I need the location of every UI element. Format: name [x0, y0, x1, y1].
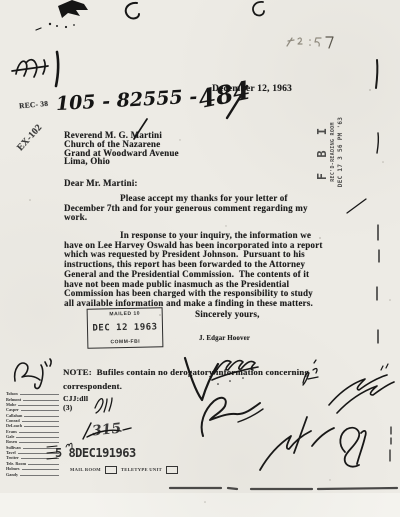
closing-line: Sincerely yours,: [195, 309, 260, 319]
fbi-stamp-date-line: DEC 17 3 56 PM '63: [337, 117, 344, 187]
scanned-letter-page: December 12, 1963 REC- 38 105 - 82555 - …: [0, 0, 400, 517]
signature-scrawl-4: [260, 417, 334, 470]
staff-leader-line: [19, 442, 59, 443]
fbi-staff-routing-list: Tolson Belmont Mohr Casper Callahan Conr…: [6, 391, 60, 477]
staff-leader-line: [20, 475, 59, 476]
staff-name: Callahan: [6, 413, 22, 418]
staff-leader-line: [23, 448, 59, 449]
handwritten-file-number: 105 - 82555 - 484: [55, 83, 252, 122]
staff-name: Evans: [6, 429, 17, 434]
mail-room-routing-line: MAIL ROOM TELETYPE UNIT: [70, 466, 178, 474]
handwritten-315: 315: [91, 421, 122, 440]
mailed-stamp-date: DEC 12 1963: [92, 322, 157, 333]
rec-number-stamp: REC- 38: [19, 99, 49, 111]
staff-name: Holmes: [6, 466, 20, 471]
staff-name: Sullivan: [6, 445, 21, 450]
staff-leader-line: [21, 458, 59, 459]
recipient-address: Reverend M. G. Martini Church of the Naz…: [64, 131, 179, 166]
fbi-stamp-title: F B I: [315, 124, 329, 180]
staff-name: Rosen: [6, 439, 17, 444]
mailed-date-stamp: MAILED 10 DEC 12 1963 COMM-FBI: [87, 307, 164, 349]
copy-count: (3): [63, 403, 72, 412]
staff-leader-line: [19, 432, 59, 433]
date-received-stamp: 5 8DEC191963: [55, 446, 136, 460]
salutation: Dear Mr. Martini:: [64, 178, 138, 188]
lep-scrawl: [15, 359, 52, 388]
staff-name: DeLoach: [6, 423, 22, 428]
crossed-initials-scrawl: [12, 60, 48, 77]
staff-name: Trotter: [6, 455, 19, 460]
staff-leader-line: [28, 464, 59, 465]
note-text: NOTE: Bufiles contain no derogatory info…: [63, 366, 383, 393]
signature-scrawl-5: [340, 428, 365, 467]
staff-name: Mohr: [6, 402, 16, 407]
staff-leader-line: [18, 453, 59, 454]
scan-artifact-line: [170, 488, 397, 489]
teletype-unit-label: TELETYPE UNIT: [121, 467, 162, 472]
staff-leader-line: [22, 421, 59, 422]
fbi-stamp-recd-line: REC'D-READING ROOM: [330, 122, 336, 182]
staff-leader-line: [23, 400, 59, 401]
faint-pencil-marks: [287, 37, 333, 48]
staff-leader-line: [22, 469, 60, 470]
mailed-stamp-header: MAILED 10: [109, 311, 140, 318]
staff-leader-line: [24, 416, 59, 417]
file-number-main: 105 - 82555 -: [55, 86, 197, 115]
staff-name: Casper: [6, 407, 19, 412]
staff-name: Belmont: [6, 397, 21, 402]
staff-leader-line: [16, 437, 59, 438]
dll-handwriting: [95, 398, 112, 413]
mailed-stamp-footer: COMM-FBI: [110, 339, 140, 346]
pen-c-mark-left: [126, 3, 139, 19]
staff-name: Tavel: [6, 450, 16, 455]
scan-bottom-margin: [0, 493, 400, 517]
staff-name: Conrad: [6, 418, 20, 423]
staff-leader-line: [20, 394, 59, 395]
file-number-suffix: 484: [196, 76, 253, 114]
staff-leader-line: [18, 405, 59, 406]
staff-leader-line: [21, 410, 59, 411]
paragraph-2: In response to your inquiry, the informa…: [64, 231, 378, 309]
ink-blot-mark: [36, 0, 88, 30]
fbi-reading-room-received-stamp: F B I REC'D-READING ROOM DEC 17 3 56 PM …: [315, 110, 359, 194]
signature-scrawl-2: [202, 398, 263, 436]
mail-room-label: MAIL ROOM: [70, 467, 101, 472]
typist-initials: CJJ:dll: [63, 394, 88, 403]
staff-name: Tele. Room: [6, 461, 26, 466]
staff-name: Gale: [6, 434, 14, 439]
mail-room-checkbox: [105, 466, 117, 474]
staff-name: Gandy: [6, 472, 18, 477]
pen-c-mark-right: [253, 2, 264, 16]
paragraph-1: Please accept my thanks for your letter …: [64, 194, 378, 223]
staff-list-row: Gandy: [6, 471, 60, 476]
staff-name: Tolson: [6, 391, 18, 396]
teletype-unit-checkbox: [166, 466, 178, 474]
staff-leader-line: [24, 426, 59, 427]
signature-name: J. Edgar Hoover: [199, 335, 250, 342]
ex-102-stamp: EX-102: [16, 123, 45, 153]
vertical-pen-stroke: [56, 52, 58, 86]
